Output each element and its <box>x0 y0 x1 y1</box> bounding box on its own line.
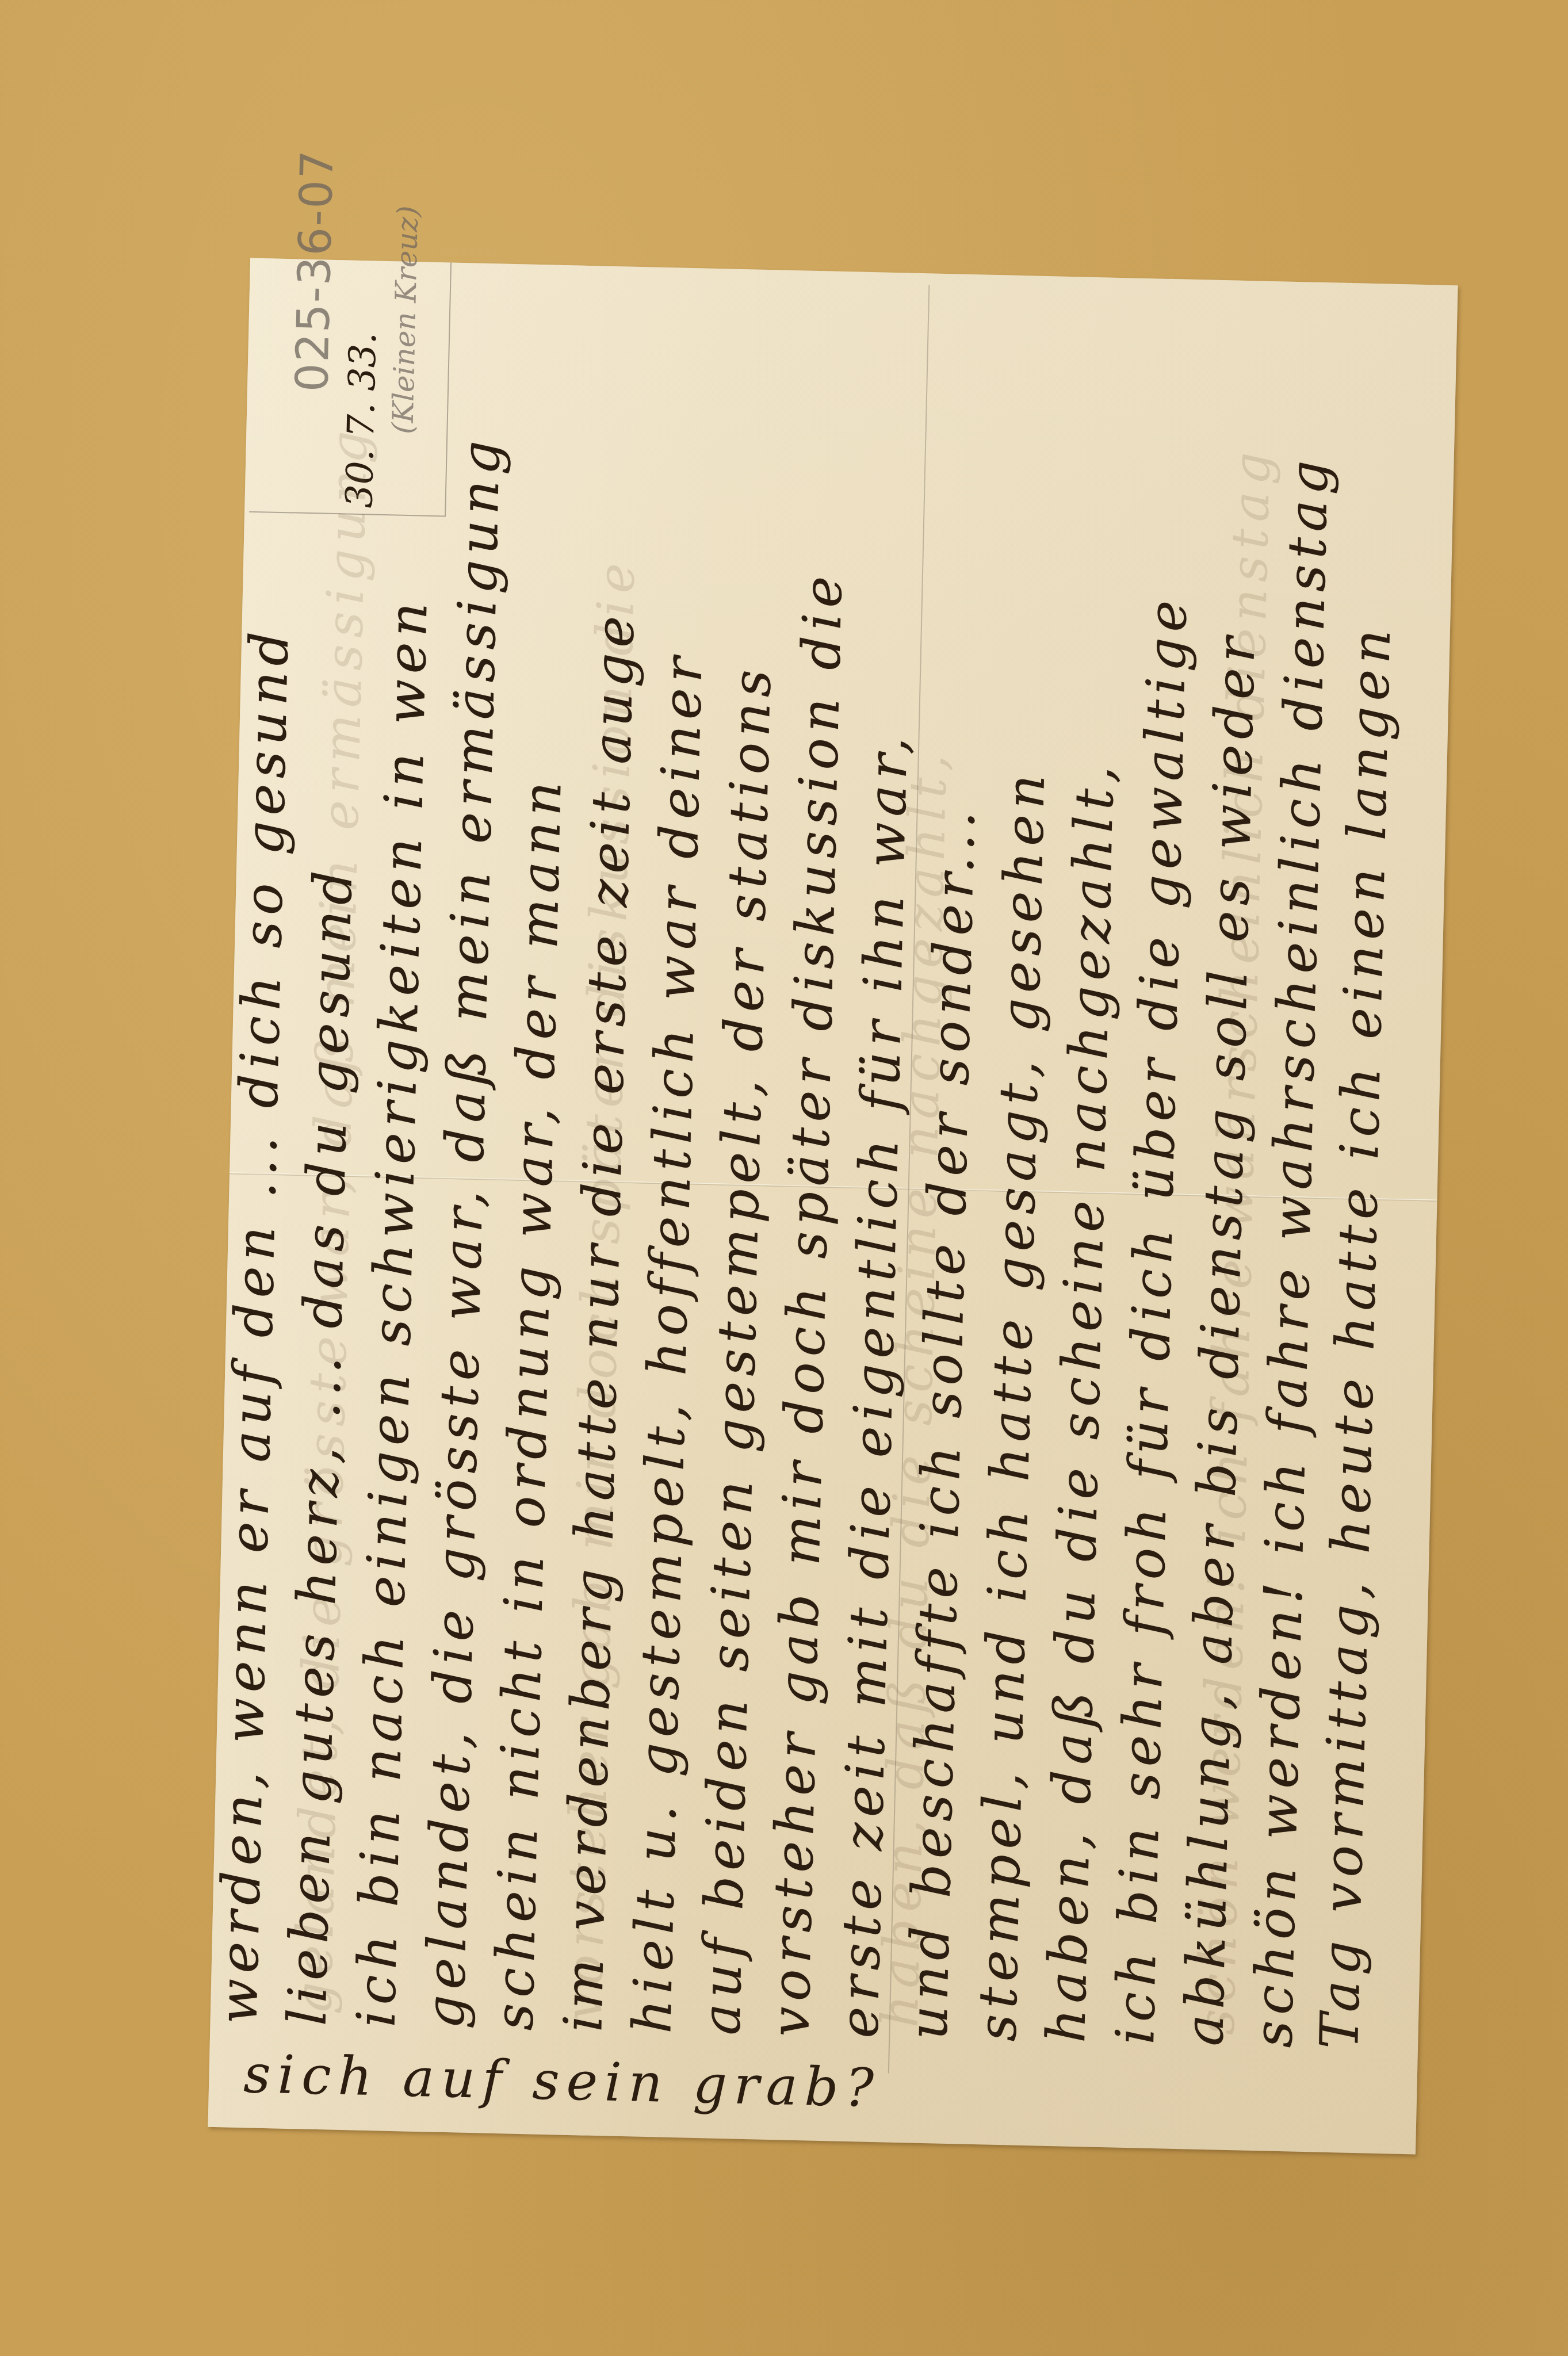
letter-card: 025-36-07 30. 7. 33. (Kleinen Kreuz) gel… <box>208 258 1458 2155</box>
letter-body: gelandet, die grösste war, daß mein ermä… <box>208 258 1458 2155</box>
letter-line: lieben gutes herz, ... das du gesund <box>281 865 360 2026</box>
